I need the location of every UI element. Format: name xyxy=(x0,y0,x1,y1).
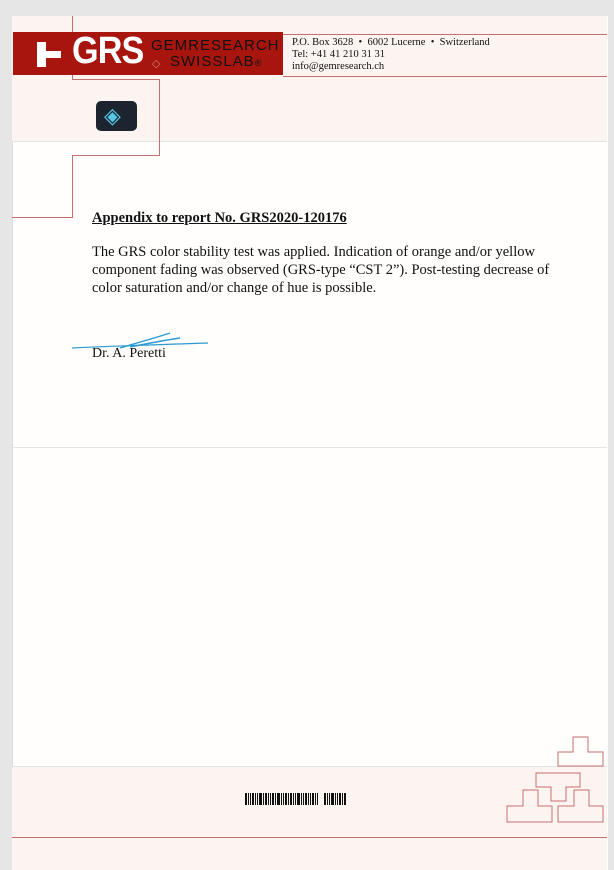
document-body: The GRS color stability test was applied… xyxy=(92,243,562,297)
document-title: Appendix to report No. GRS2020-120176 xyxy=(92,210,347,227)
frame-line xyxy=(159,79,160,156)
brand-line-2-text: SWISSLAB xyxy=(170,53,255,70)
diamond-hologram-icon: ◈ xyxy=(104,104,121,128)
brand-line-1: GEMRESEARCH xyxy=(151,37,280,54)
frame-line xyxy=(72,155,73,218)
frame-line xyxy=(72,79,160,80)
contact-block: P.O. Box 3628 • 6002 Lucerne • Switzerla… xyxy=(292,37,490,73)
diamond-icon: ◇ xyxy=(152,57,160,70)
frame-line xyxy=(12,217,73,218)
grs-logo-mark-icon xyxy=(37,42,61,67)
frame-line xyxy=(283,76,607,77)
hologram-seal: ◈ xyxy=(96,101,137,131)
barcode-icon xyxy=(245,793,347,805)
logo-text: GRS xyxy=(72,30,143,73)
brand-line-2: SWISSLAB® xyxy=(170,53,262,70)
contact-phone: Tel: +41 41 210 31 31 xyxy=(292,49,490,61)
fold-line xyxy=(12,447,607,448)
frame-line xyxy=(283,34,607,35)
contact-address: P.O. Box 3628 • 6002 Lucerne • Switzerla… xyxy=(292,37,490,49)
contact-email[interactable]: info@gemresearch.ch xyxy=(292,61,490,73)
fold-line xyxy=(12,141,607,142)
signer-name: Dr. A. Peretti xyxy=(92,346,166,362)
grs-block-emblem-icon xyxy=(500,735,610,830)
frame-line xyxy=(72,155,160,156)
registered-mark: ® xyxy=(255,58,263,68)
frame-line xyxy=(12,837,607,838)
